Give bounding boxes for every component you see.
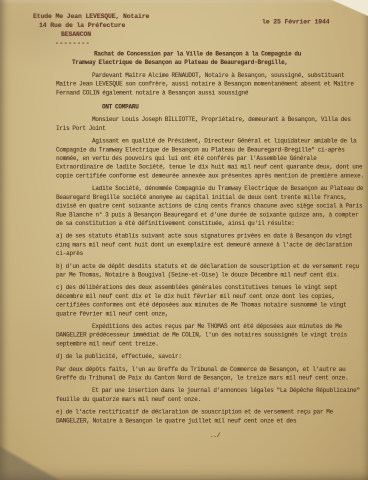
paragraph: Par deux dépôts faits, l'un au Greffe du… <box>56 365 364 382</box>
paper-corner-top-right <box>332 0 368 16</box>
letterhead-address: 14 Rue de la Préfecture <box>39 21 193 30</box>
paragraph: d) de la publicité, effectuée, savoir: <box>56 353 364 362</box>
paragraph: a) de ses statuts établis suivant acte s… <box>56 232 364 258</box>
document-blocks: Pardevant Maître Alcime RENAUDOT, Notair… <box>56 71 364 440</box>
paragraph: c) des délibérations des deux assemblées… <box>56 284 364 319</box>
scanned-notarial-document: { "document": { "letterhead": { "line1":… <box>0 0 368 480</box>
document-title-line2: Tramway Electrique de Besançon au Platea… <box>56 59 364 68</box>
letterhead: Etude Me Jean LEVESQUE, Notaire 14 Rue d… <box>33 12 193 48</box>
letterhead-city: BESANCON <box>61 30 193 39</box>
document-body: Rachat de Concession par la Ville de Bes… <box>56 50 364 440</box>
continuation-mark: ../ <box>210 432 364 441</box>
paper-corner-shadow-bottom-left <box>0 446 60 480</box>
paragraph: Expéditions des actes reçus par Me THOMA… <box>56 322 364 348</box>
paragraph: Pardevant Maître Alcime RENAUDOT, Notair… <box>56 71 364 97</box>
section-heading: ONT COMPARU <box>102 103 364 112</box>
paragraph: b) d'un acte de dépôt desdits statuts et… <box>56 262 364 279</box>
paragraph: Et par une insertion dans le journal d'a… <box>56 387 364 404</box>
paragraph: Monsieur Louis Joseph BILLIOTTE, Proprié… <box>56 116 364 133</box>
paragraph: Agissant en qualité de Président, Direct… <box>56 137 364 181</box>
document-date: le 25 Février 1944 <box>262 18 330 26</box>
paragraph: e) de l'acte rectificatif de déclaration… <box>56 408 364 425</box>
letterhead-separator: -------- <box>55 39 193 48</box>
document-title-line1: Rachat de Concession par la Ville de Bes… <box>56 50 364 59</box>
letterhead-office: Etude Me Jean LEVESQUE, Notaire <box>33 12 193 21</box>
paragraph: Ladite Société, dénommée Compagnie du Tr… <box>56 185 364 229</box>
